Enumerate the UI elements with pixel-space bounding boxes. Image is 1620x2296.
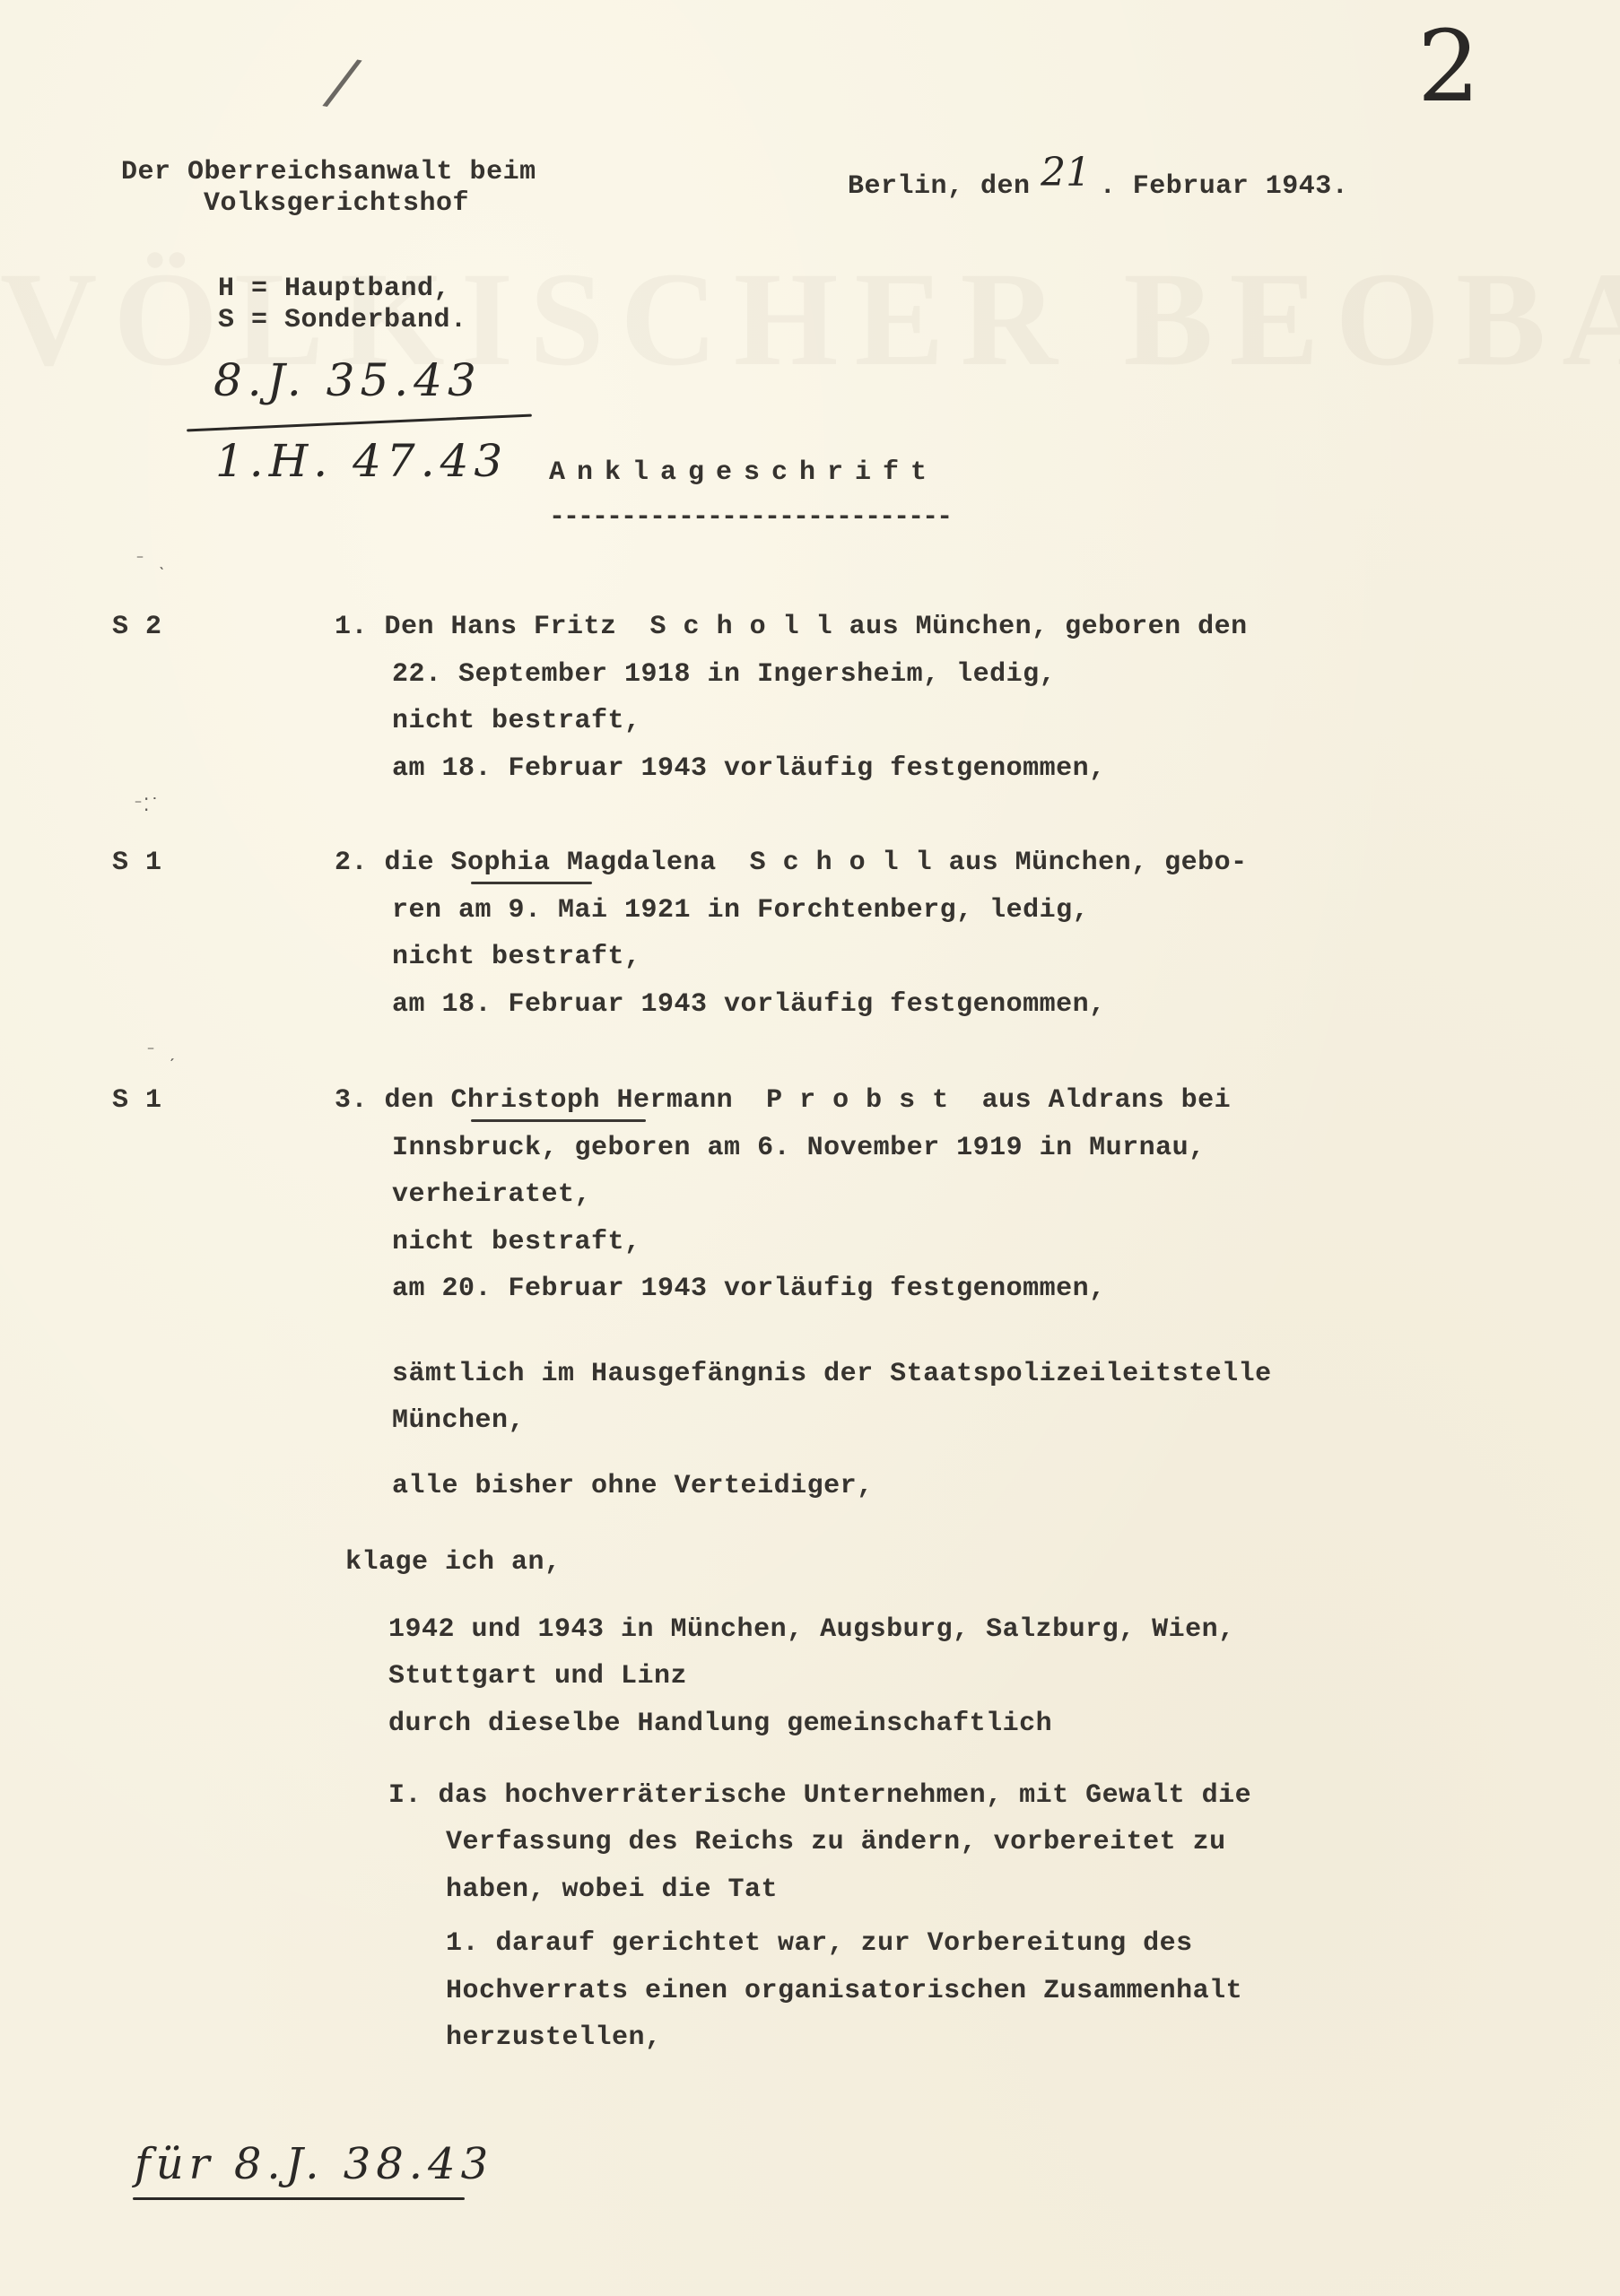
date-prefix: Berlin, den <box>848 171 1031 202</box>
count-I-sub1-line-3: herzustellen, <box>446 2022 662 2053</box>
title-dashed-rule: ---------------------------- <box>549 502 951 533</box>
defendant-3-line-2: Innsbruck, geboren am 6. November 1919 i… <box>392 1133 1206 1163</box>
date-line: Berlin, den 21 . Februar 1943. <box>848 157 1348 203</box>
date-day-handwritten: 21 <box>1041 150 1091 196</box>
defendant-1-line-2: 22. September 1918 in Ingersheim, ledig, <box>392 659 1056 690</box>
margin-ref-defendant-3: S 1 <box>112 1085 162 1116</box>
count-I-sub1-line-1: 1. darauf gerichtet war, zur Vorbereitun… <box>446 1928 1193 1959</box>
defendant-1-line-1: 1. Den Hans Fritz S c h o l l aus Münche… <box>335 612 1248 642</box>
legend-sonderband: S = Sonderband. <box>218 305 467 335</box>
underline-sophia <box>471 882 592 884</box>
defendant-1-line-3: nicht bestraft, <box>392 706 641 736</box>
defendant-3-line-3: verheiratet, <box>392 1179 591 1210</box>
page-number-handwritten: 2 <box>1417 9 1480 124</box>
file-ref-lower: 1.H. 47.43 <box>215 435 508 487</box>
defendant-2-line-2: ren am 9. Mai 1921 in Forchtenberg, ledi… <box>392 895 1089 926</box>
footer-underline <box>133 2197 465 2200</box>
margin-ref-defendant-2: S 1 <box>112 848 162 878</box>
legend-hauptband: H = Hauptband, <box>218 274 450 304</box>
defendant-2-line-1: 2. die Sophia Magdalena S c h o l l aus … <box>335 848 1248 878</box>
charge-intro: klage ich an, <box>345 1547 562 1578</box>
underline-christoph <box>471 1119 646 1122</box>
defendant-2-line-3: nicht bestraft, <box>392 942 641 972</box>
document-title: Anklageschrift <box>549 457 938 488</box>
custody-line-1: sämtlich im Hausgefängnis der Staatspoli… <box>392 1359 1272 1389</box>
defendant-1-line-4: am 18. Februar 1943 vorläufig festgenomm… <box>392 753 1106 784</box>
custody-line-3: alle bisher ohne Verteidiger, <box>392 1471 874 1501</box>
count-I-line-2: Verfassung des Reichs zu ändern, vorbere… <box>446 1827 1226 1857</box>
margin-ref-defendant-1: S 2 <box>112 612 162 642</box>
defendant-3-line-1: 3. den Christoph Hermann P r o b s t aus… <box>335 1085 1231 1116</box>
charge-place-line-3: durch dieselbe Handlung gemeinschaftlich <box>388 1709 1052 1739</box>
margin-tick-3: ⁻ ˏ <box>145 1040 178 1064</box>
defendant-2-line-4: am 18. Februar 1943 vorläufig festgenomm… <box>392 989 1106 1020</box>
count-I-sub1-line-2: Hochverrats einen organisatorischen Zusa… <box>446 1976 1242 2006</box>
charge-place-line-2: Stuttgart und Linz <box>388 1661 687 1692</box>
margin-tick-1: ⁻ ˎ <box>135 549 167 572</box>
sender-line-1: Der Oberreichsanwalt beim <box>121 157 536 187</box>
defendant-3-line-4: nicht bestraft, <box>392 1227 641 1257</box>
file-ref-upper: 8.J. 35.43 <box>213 354 482 406</box>
count-I-line-1: I. das hochverräterische Unternehmen, mi… <box>388 1780 1251 1811</box>
date-suffix: . Februar 1943. <box>1100 171 1349 202</box>
sender-line-2: Volksgerichtshof <box>204 188 469 219</box>
defendant-3-line-5: am 20. Februar 1943 vorläufig festgenomm… <box>392 1274 1106 1304</box>
count-I-line-3: haben, wobei die Tat <box>446 1874 778 1905</box>
charge-place-line-1: 1942 und 1943 in München, Augsburg, Salz… <box>388 1614 1235 1645</box>
footer-file-ref-handwritten: für 8.J. 38.43 <box>135 2139 493 2189</box>
custody-line-2: München, <box>392 1405 525 1436</box>
margin-tick-2: ⁻⁚˙ <box>133 794 160 817</box>
